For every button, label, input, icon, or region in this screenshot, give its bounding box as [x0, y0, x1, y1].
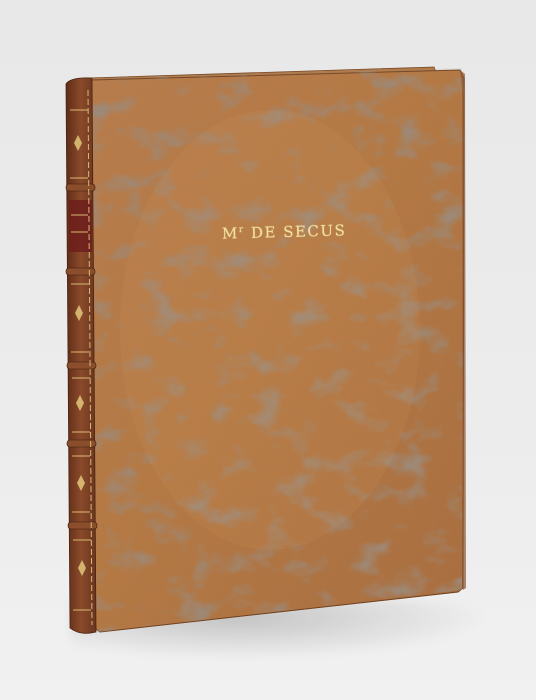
spine: [66, 78, 97, 633]
front-cover: [80, 60, 480, 650]
title-superscript: r: [239, 225, 245, 235]
book: [0, 0, 536, 700]
cover-title: Mr DE SECUS: [222, 221, 347, 242]
title-name: DE SECUS: [251, 221, 347, 241]
title-prefix: M: [222, 224, 239, 242]
